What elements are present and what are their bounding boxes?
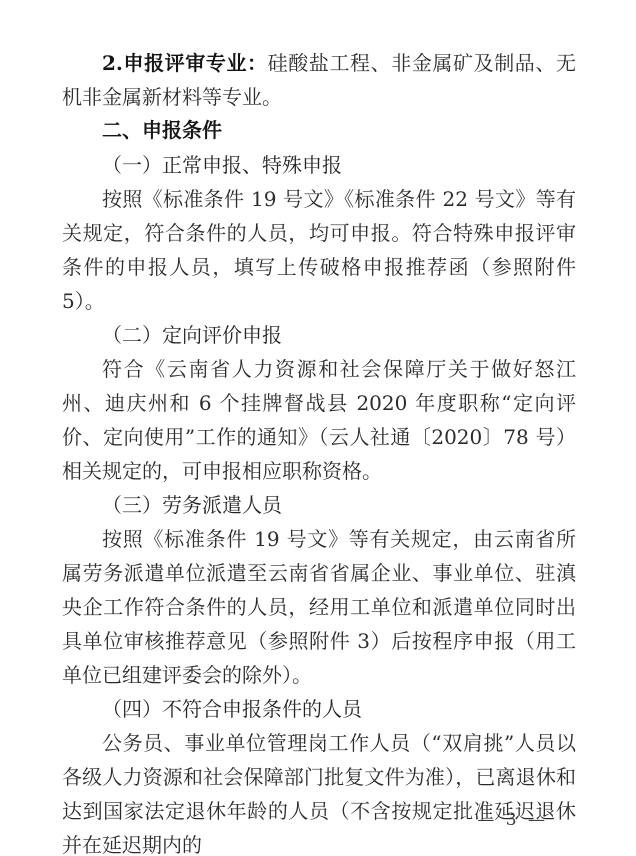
paragraph-review-majors-lead: 2.申报评审专业：	[102, 51, 268, 75]
subheading-normal-special-application: （一）正常申报、特殊申报	[62, 148, 576, 182]
paragraph-targeted-evaluation: 符合《云南省人力资源和社会保障厅关于做好怒江州、迪庆州和 6 个挂牌督战县 20…	[62, 352, 576, 488]
scanned-document-page: { "document": { "blocks": [ { "type": "p…	[0, 0, 636, 856]
document-body: 2.申报评审专业：硅酸盐工程、非金属矿及制品、无机非金属新材料等专业。 二、申报…	[0, 0, 636, 856]
paragraph-ineligible-persons: 公务员、事业单位管理岗工作人员（“双肩挑”人员以各级人力资源和社会保障部门批复文…	[62, 726, 576, 856]
heading-application-conditions: 二、申报条件	[62, 114, 576, 148]
paragraph-review-majors: 2.申报评审专业：硅酸盐工程、非金属矿及制品、无机非金属新材料等专业。	[62, 46, 576, 114]
subheading-ineligible-persons: （四）不符合申报条件的人员	[62, 692, 576, 726]
paragraph-dispatched-workers: 按照《标准条件 19 号文》等有关规定，由云南省所属劳务派遣单位派遣至云南省省属…	[62, 522, 576, 692]
page-number: — 3 —	[477, 810, 548, 830]
subheading-dispatched-workers: （三）劳务派遣人员	[62, 488, 576, 522]
subheading-targeted-evaluation: （二）定向评价申报	[62, 318, 576, 352]
paragraph-normal-special-application: 按照《标准条件 19 号文》《标准条件 22 号文》等有关规定，符合条件的人员，…	[62, 182, 576, 318]
